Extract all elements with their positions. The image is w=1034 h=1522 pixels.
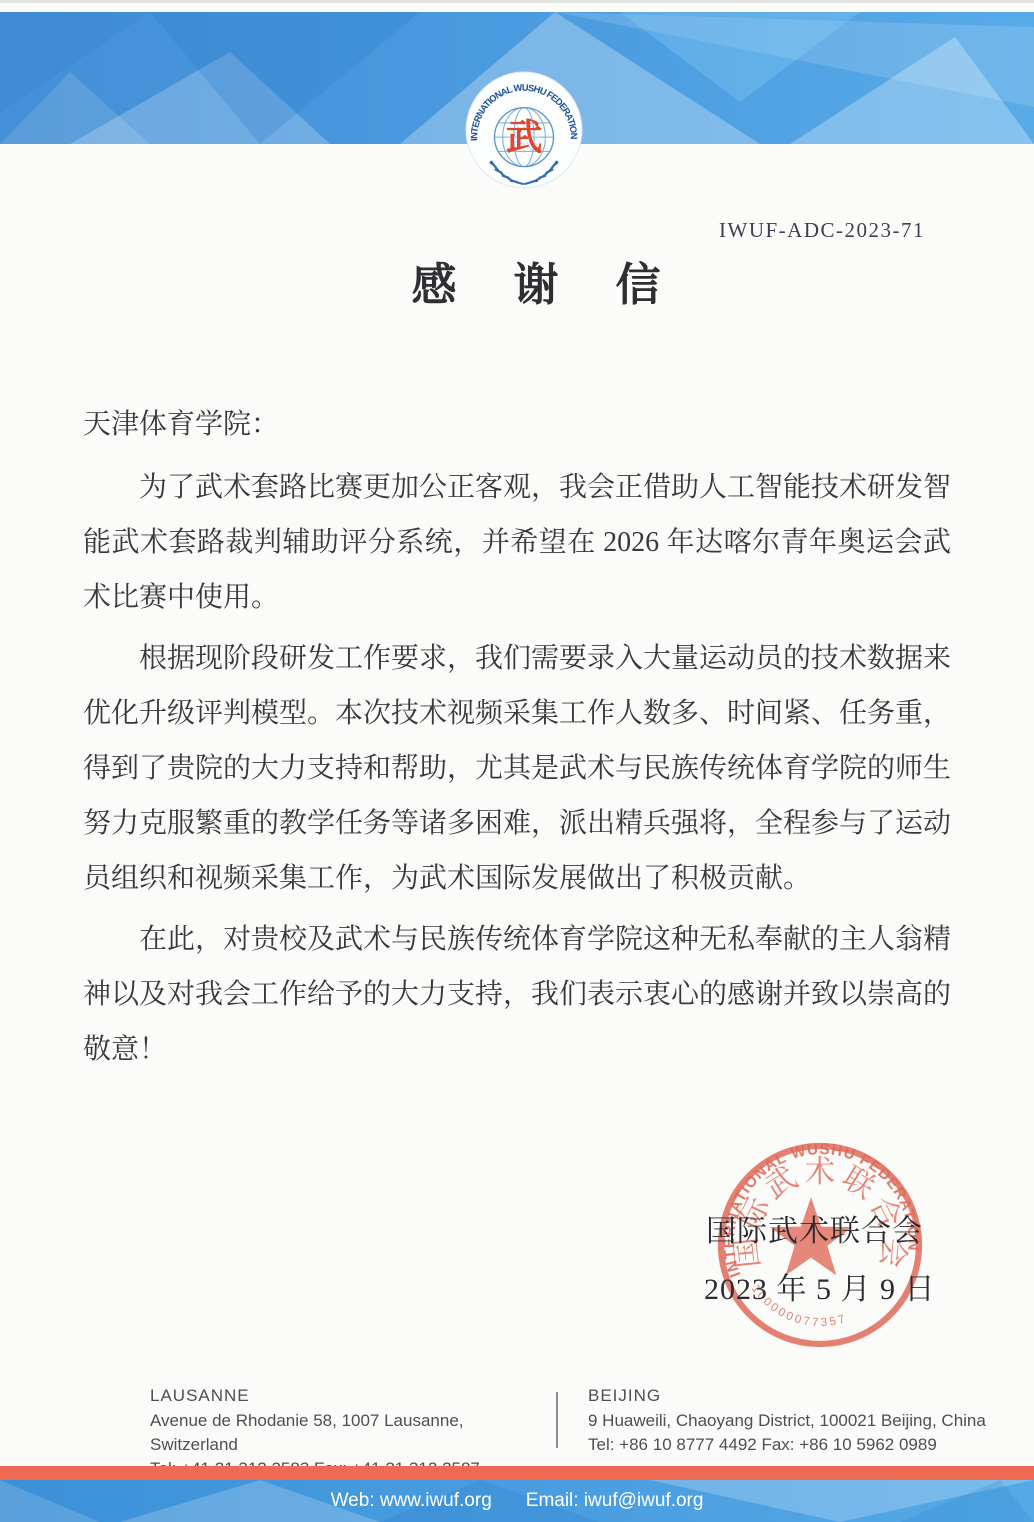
footer-divider	[556, 1392, 558, 1448]
signature-organization: 国际武术联合会	[706, 1206, 936, 1250]
letter-paragraph: 为了武术套路比赛更加公正客观，我会正借助人工智能技术研发智能武术套路裁判辅助评分…	[83, 460, 951, 625]
reference-number: IWUF-ADC-2023-71	[0, 218, 925, 243]
lausanne-city-label: LAUSANNE	[150, 1384, 550, 1408]
email-label: Email: iwuf@iwuf.org	[526, 1490, 704, 1512]
beijing-address: 9 Huaweili, Chaoyang District, 100021 Be…	[588, 1409, 988, 1433]
iwuf-logo: 武 INTERNATIONAL WUSHU FEDERATION	[464, 70, 584, 190]
letter-page: 武 INTERNATIONAL WUSHU FEDERATION IWUF-AD…	[0, 0, 1034, 1522]
beijing-office-block: BEIJING 9 Huaweili, Chaoyang District, 1…	[588, 1384, 988, 1457]
iwuf-logo-icon: 武 INTERNATIONAL WUSHU FEDERATION	[464, 70, 584, 190]
wushu-glyph: 武	[506, 116, 543, 157]
salutation: 天津体育学院：	[83, 397, 951, 452]
lausanne-address: Avenue de Rhodanie 58, 1007 Lausanne, Sw…	[150, 1409, 550, 1457]
bottom-banner-links: Web: www.iwuf.org Email: iwuf@iwuf.org	[0, 1480, 1034, 1522]
web-url-label: Web: www.iwuf.org	[331, 1490, 492, 1512]
beijing-city-label: BEIJING	[588, 1384, 988, 1408]
signature-date: 2023 年 5 月 9 日	[704, 1264, 944, 1308]
letter-title: 感 谢 信	[0, 248, 1034, 313]
letter-paragraph: 在此，对贵校及武术与民族传统体育学院这种无私奉献的主人翁精神以及对我会工作给予的…	[83, 912, 951, 1077]
letter-body: 天津体育学院： 为了武术套路比赛更加公正客观，我会正借助人工智能技术研发智能武术…	[83, 397, 951, 1077]
letter-paragraph: 根据现阶段研发工作要求，我们需要录入大量运动员的技术数据来优化升级评判模型。本次…	[83, 631, 951, 906]
scan-edge-line	[0, 0, 1034, 3]
accent-stripe	[0, 1466, 1034, 1480]
beijing-contact: Tel: +86 10 8777 4492 Fax: +86 10 5962 0…	[588, 1433, 988, 1457]
